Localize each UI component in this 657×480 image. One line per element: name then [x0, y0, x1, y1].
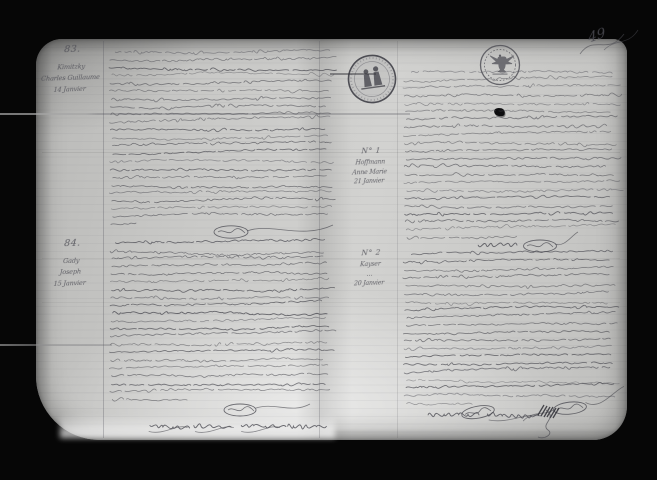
scan-streak	[0, 344, 112, 346]
act-entry-84-body	[107, 235, 330, 409]
allegorical-figures-round-stamp	[345, 52, 399, 110]
scan-streak	[42, 258, 620, 259]
margin-date-line: 20 Janvier	[341, 278, 398, 289]
act-number: 84.	[41, 237, 104, 250]
act-entry-2-body	[401, 247, 615, 413]
act-number: N° 1	[343, 145, 400, 156]
margin-date-line: 21 Janvier	[341, 176, 398, 187]
margin-date-line: 15 Janvier	[38, 277, 101, 290]
margin-note-act-84: 84. Gady Joseph 15 Janvier	[38, 237, 104, 290]
act-entry-83-body	[107, 44, 330, 234]
scan-streak	[42, 152, 620, 153]
margin-date-line: 14 Janvier	[38, 83, 101, 96]
margin-note-act-2: N° 2 Kayser … 20 Janvier	[341, 247, 400, 290]
folio-number-flourish: 49	[576, 24, 642, 66]
scan-streak	[330, 73, 376, 75]
act-number: N° 2	[343, 247, 400, 258]
scan-streak	[42, 302, 620, 303]
signatures-row	[145, 413, 330, 439]
act-number: 83.	[41, 43, 104, 56]
act-entry-1-body	[401, 65, 615, 247]
scanned-register-page: 83. Kimitzky Charles Guillaume 14 Janvie…	[0, 0, 657, 480]
descender-flourish	[520, 410, 570, 444]
margin-note-act-83: 83. Kimitzky Charles Guillaume 14 Janvie…	[38, 43, 104, 96]
scan-streak	[0, 113, 410, 115]
